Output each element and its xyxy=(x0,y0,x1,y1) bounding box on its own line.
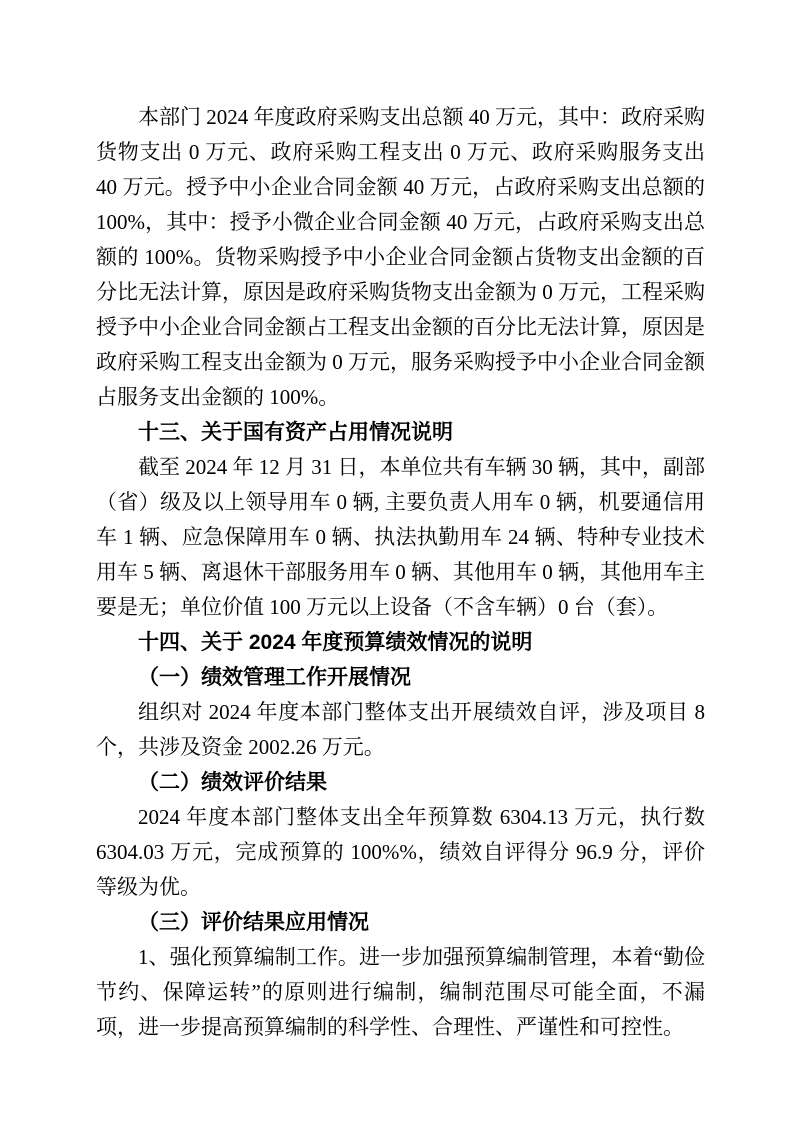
subheading-performance-evaluation-results: （二）绩效评价结果 xyxy=(96,765,705,800)
paragraph-budget-compilation-improvement: 1、强化预算编制工作。进一步加强预算编制管理，本着“勤俭节约、保障运转”的原则进… xyxy=(96,940,705,1045)
paragraph-state-assets-vehicles: 截至 2024 年 12 月 31 日，本单位共有车辆 30 辆，其中，副部（省… xyxy=(96,450,705,625)
paragraph-performance-self-evaluation: 组织对 2024 年度本部门整体支出开展绩效自评，涉及项目 8 个，共涉及资金 … xyxy=(96,695,705,765)
subheading-performance-management-work: （一）绩效管理工作开展情况 xyxy=(96,660,705,695)
heading-section-14-budget-performance: 十四、关于 2024 年度预算绩效情况的说明 xyxy=(96,625,705,660)
document-page: 本部门 2024 年度政府采购支出总额 40 万元，其中：政府采购货物支出 0 … xyxy=(0,0,793,1122)
paragraph-budget-execution-results: 2024 年度本部门整体支出全年预算数 6304.13 万元，执行数 6304.… xyxy=(96,800,705,905)
paragraph-government-procurement: 本部门 2024 年度政府采购支出总额 40 万元，其中：政府采购货物支出 0 … xyxy=(96,100,705,415)
subheading-evaluation-result-application: （三）评价结果应用情况 xyxy=(96,905,705,940)
heading-section-13-state-assets: 十三、关于国有资产占用情况说明 xyxy=(96,415,705,450)
